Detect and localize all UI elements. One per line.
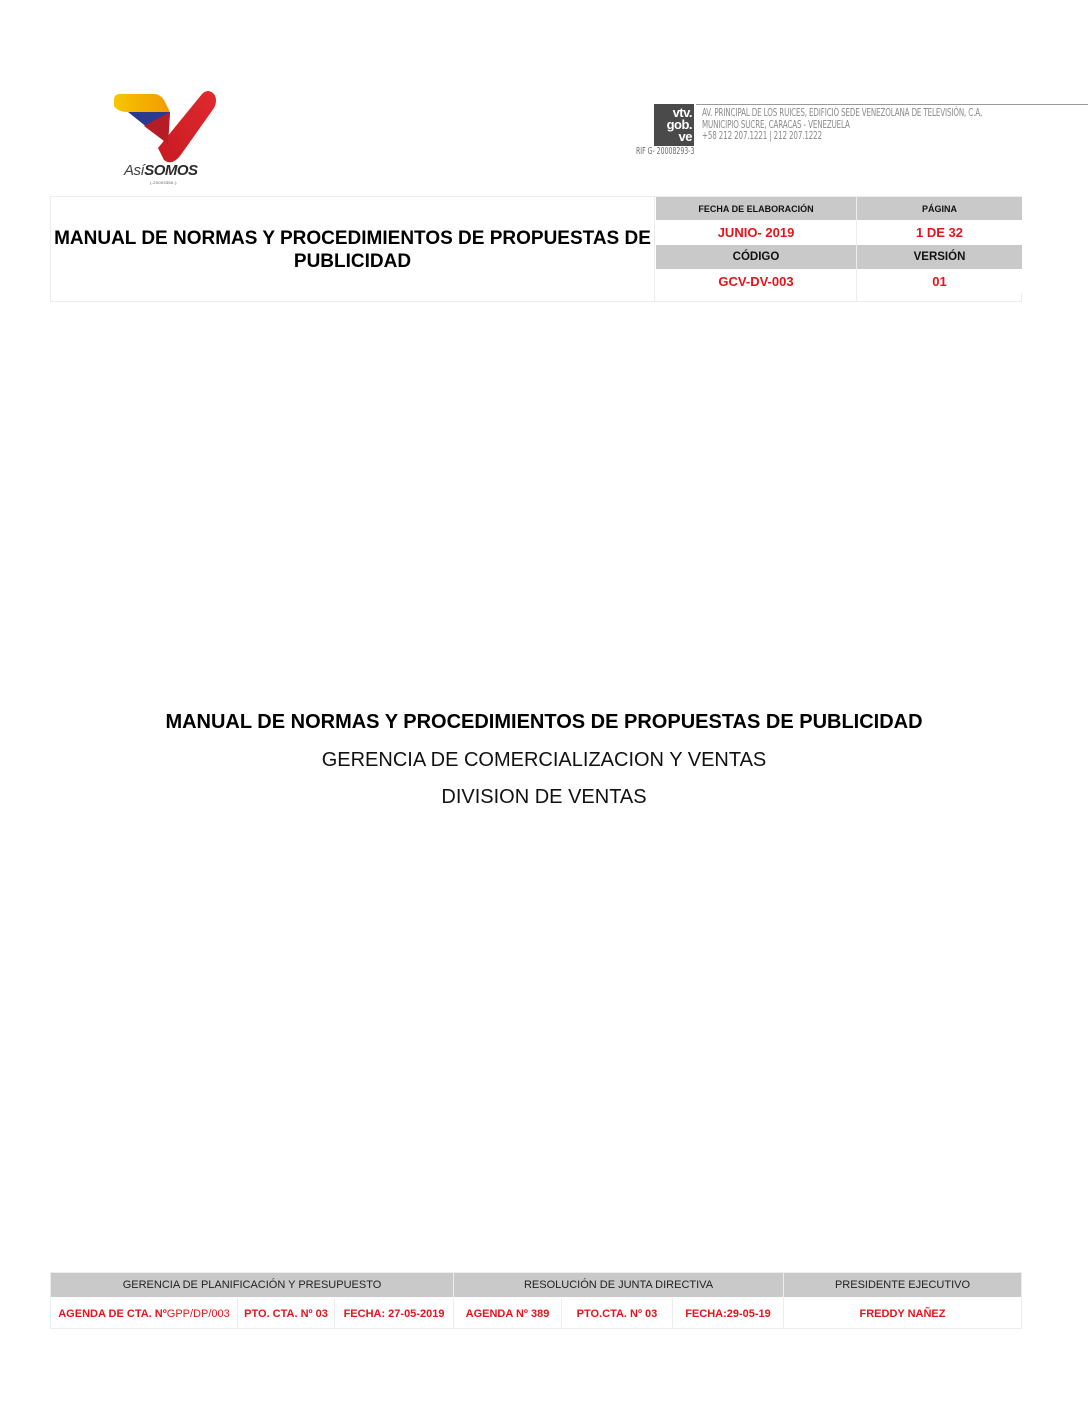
- column-divider: [453, 1273, 454, 1329]
- column-divider: [561, 1298, 562, 1329]
- gpp-pto: PTO. CTA. Nº 03: [238, 1298, 334, 1329]
- vtv-address: AV. PRINCIPAL DE LOS RUICES, EDIFICIO SE…: [702, 108, 982, 143]
- fecha-label: FECHA DE ELABORACIÓN: [656, 197, 856, 220]
- pagina-label: PÁGINA: [857, 197, 1022, 220]
- fecha-value: JUNIO- 2019: [656, 220, 856, 245]
- resolucion-header: RESOLUCIÓN DE JUNTA DIRECTIVA: [454, 1273, 783, 1297]
- presidente-header: PRESIDENTE EJECUTIVO: [784, 1273, 1021, 1297]
- v-check-logo-icon: [110, 86, 220, 166]
- vtv-rif: RIF G- 20008293-3: [636, 146, 694, 157]
- column-divider: [672, 1298, 673, 1329]
- column-divider: [237, 1298, 238, 1329]
- logo-brand-text: AsíSOMOS: [124, 162, 198, 179]
- version-value: 01: [857, 269, 1022, 293]
- column-divider: [856, 197, 857, 301]
- document-title: MANUAL DE NORMAS Y PROCEDIMIENTOS DE PRO…: [51, 197, 655, 301]
- codigo-label: CÓDIGO: [656, 245, 856, 269]
- cover-gerencia: GERENCIA DE COMERCIALIZACION Y VENTAS: [0, 749, 1088, 772]
- logo-tagline: (-20003350-): [150, 180, 177, 185]
- version-label: VERSIÓN: [857, 245, 1022, 269]
- gpp-agenda: AGENDA DE CTA. Nº GPP/DP/003: [51, 1298, 237, 1329]
- vtv-address-block: vtv. gob. ve AV. PRINCIPAL DE LOS RUICES…: [636, 104, 1088, 160]
- cover-title: MANUAL DE NORMAS Y PROCEDIMIENTOS DE PRO…: [0, 711, 1088, 734]
- resolucion-fecha: FECHA:29-05-19: [673, 1298, 783, 1329]
- asi-somos-logo: AsíSOMOS (-20003350-): [110, 86, 220, 186]
- pagina-value: 1 DE 32: [857, 220, 1022, 245]
- presidente-name: FREDDY NAÑEZ: [784, 1298, 1021, 1329]
- approval-footer-table: GERENCIA DE PLANIFICACIÓN Y PRESUPUESTO …: [50, 1272, 1022, 1329]
- codigo-value: GCV-DV-003: [656, 269, 856, 293]
- cover-division: DIVISION DE VENTAS: [0, 786, 1088, 809]
- document-header-table: MANUAL DE NORMAS Y PROCEDIMIENTOS DE PRO…: [50, 196, 1022, 302]
- column-divider: [783, 1273, 784, 1329]
- vtv-logo: vtv. gob. ve: [654, 104, 694, 146]
- resolucion-pto: PTO.CTA. Nº 03: [562, 1298, 672, 1329]
- column-divider: [334, 1298, 335, 1329]
- resolucion-agenda: AGENDA Nº 389: [454, 1298, 561, 1329]
- gpp-fecha: FECHA: 27-05-2019: [335, 1298, 453, 1329]
- gpp-header: GERENCIA DE PLANIFICACIÓN Y PRESUPUESTO: [51, 1273, 453, 1297]
- header-rule: [696, 104, 1088, 105]
